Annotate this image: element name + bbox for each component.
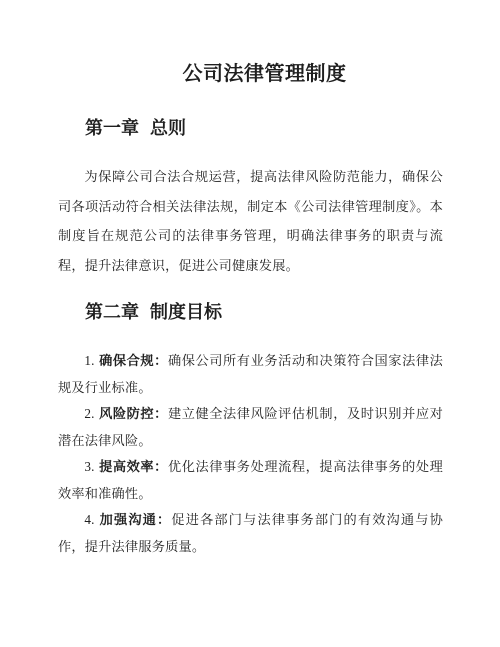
goal-item-2-label: 风险防控： [99, 406, 168, 421]
document-title: 公司法律管理制度 [58, 62, 443, 86]
goal-item-2-number: 2. [84, 406, 94, 421]
goal-item-4-number: 4. [84, 512, 94, 527]
goal-item-4: 4.加强沟通：促进各部门与法律事务部门的有效沟通与协作，提升法律服务质量。 [58, 507, 443, 560]
goal-item-1-label: 确保合规： [99, 353, 168, 368]
chapter-2-heading: 第二章 制度目标 [58, 302, 443, 322]
goal-item-3-label: 提高效率： [99, 459, 168, 474]
goal-item-1-number: 1. [84, 353, 94, 368]
goal-item-3: 3.提高效率：优化法律事务处理流程，提高法律事务的处理效率和准确性。 [58, 454, 443, 507]
document-page: 公司法律管理制度 第一章 总则 为保障公司合法合规运营，提高法律风险防范能力，确… [0, 0, 500, 647]
goal-item-4-label: 加强沟通： [99, 512, 172, 527]
chapter-1-heading: 第一章 总则 [58, 118, 443, 138]
goal-item-1: 1.确保合规：确保公司所有业务活动和决策符合国家法律法规及行业标准。 [58, 348, 443, 401]
goal-list: 1.确保合规：确保公司所有业务活动和决策符合国家法律法规及行业标准。 2.风险防… [58, 348, 443, 560]
chapter-1-paragraph: 为保障公司合法合规运营，提高法律风险防范能力，确保公司各项活动符合相关法律法规，… [58, 162, 443, 280]
goal-item-3-number: 3. [84, 459, 94, 474]
goal-item-2: 2.风险防控：建立健全法律风险评估机制，及时识别并应对潜在法律风险。 [58, 401, 443, 454]
